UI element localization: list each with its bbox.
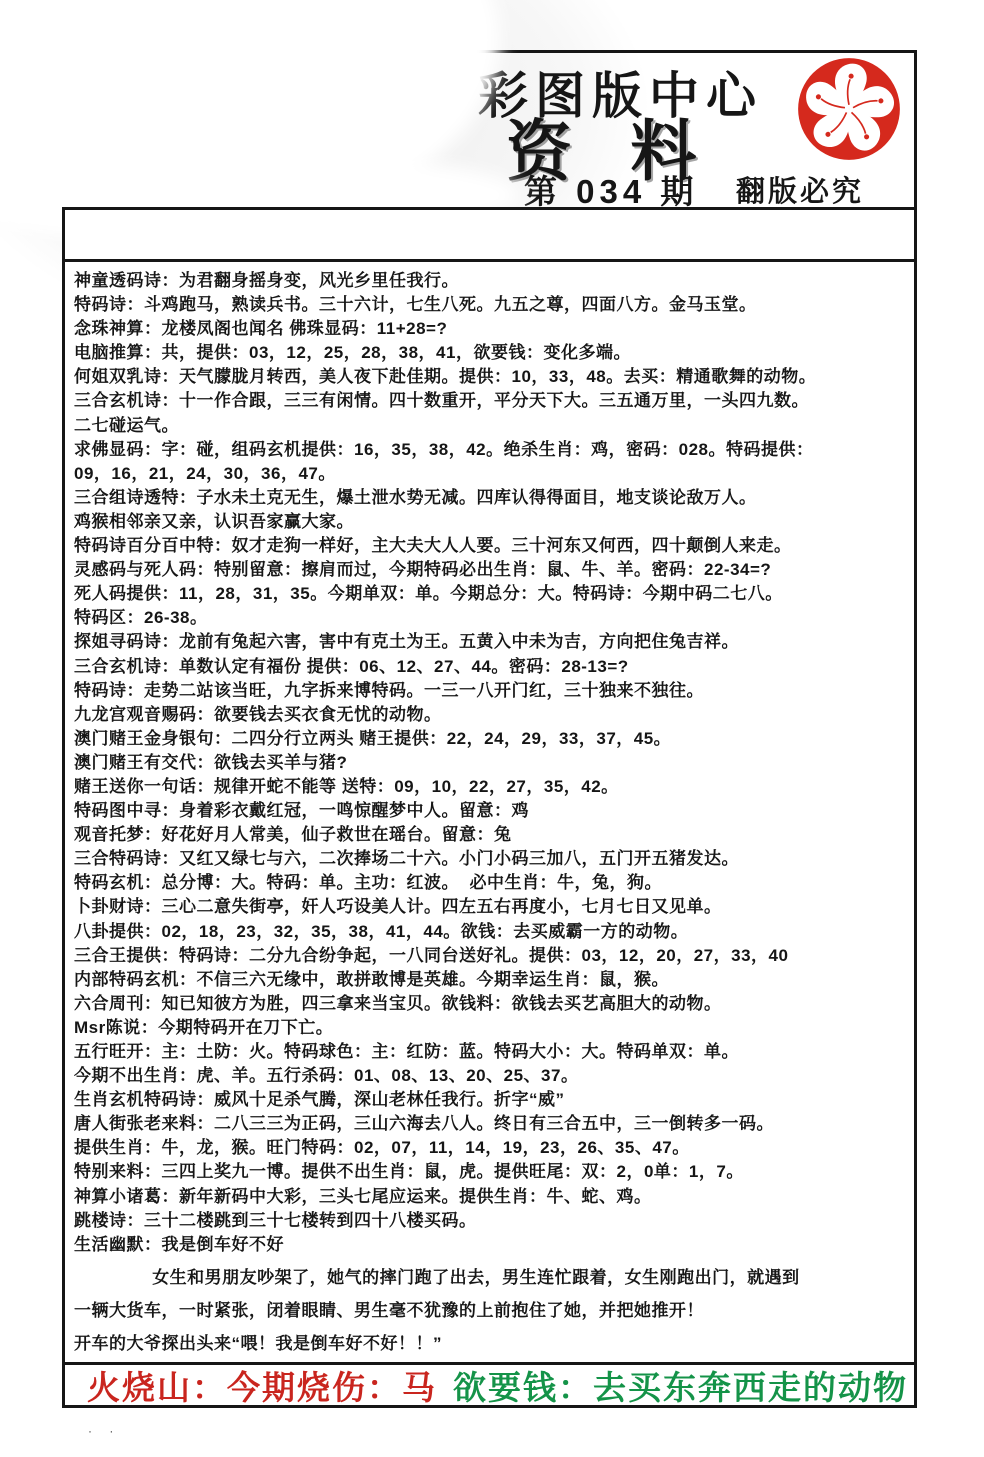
tip-line: 九龙宫观音赐码：欲要钱去买衣食无忧的动物。 <box>74 703 910 727</box>
tip-line: 三合玄机诗：单数认定有福份 提供：06、12、27、44。密码：28-13=? <box>74 655 910 679</box>
tips-text-block: 神童透码诗：为君翻身摇身变，风光乡里任我行。特码诗：斗鸡跑马，熟读兵书。三十六计… <box>65 262 914 1257</box>
tip-line: 跳楼诗：三十二楼跳到三十七楼转到四十八楼买码。 <box>74 1209 910 1233</box>
joke-line: 女生和男朋友吵架了，她气的摔门跑了出去，男生连忙跟着，女生刚跑出门，就遇到 <box>74 1261 910 1294</box>
joke-line: 开车的大爷探出头来“喂！我是倒车好不好！！” <box>74 1327 910 1360</box>
scan-dots-artifact: · · <box>88 1424 120 1438</box>
tip-line: 求佛显码：字：碰，组码玄机提供：16，35，38，42。绝杀生肖：鸡，密码：02… <box>74 438 910 462</box>
tip-line: 生活幽默：我是倒车好不好 <box>74 1233 910 1257</box>
tip-line: 特码诗：斗鸡跑马，熟读兵书。三十六计，七生八死。九五之尊，四面八方。金马玉堂。 <box>74 293 910 317</box>
tip-line: 念珠神算：龙楼凤阁也闻名 佛珠显码：11+28=? <box>74 317 910 341</box>
tip-line: 三合特码诗：又红又绿七与六，二次捧场二十六。小门小码三加八，五门开五猪发达。 <box>74 847 910 871</box>
bottom-highlight-strip: 火烧山：今期烧伤：马 欲要钱：去买东奔西走的动物 <box>65 1362 914 1405</box>
joke-line: 一辆大货车，一时紧张，闭着眼睛、男生毫不犹豫的上前抱住了她，并把她推开！ <box>74 1294 910 1327</box>
tip-line: 特码诗百分百中特：奴才走狗一样好，主大夫大人人要。三十河东又何西，四十颠倒人来走… <box>74 534 910 558</box>
tip-line: 唐人街张老来料：二八三三为正码，三山六海去八人。终日有三合五中，三一倒转多一码。 <box>74 1112 910 1136</box>
tip-line: 观音托梦：好花好月人常美，仙子救世在瑶台。留意：兔 <box>74 823 910 847</box>
content-frame: 神童透码诗：为君翻身摇身变，风光乡里任我行。特码诗：斗鸡跑马，熟读兵书。三十六计… <box>62 207 917 1408</box>
tip-line: 澳门赌王金身银句：二四分行立两头 赌王提供：22，24，29，33，37，45。 <box>74 727 910 751</box>
tip-line: 神算小诸葛：新年新码中大彩，三头七尾应运来。提供生肖：牛、蛇、鸡。 <box>74 1185 910 1209</box>
tip-line: 死人码提供：11，28，31，35。今期单双：单。今期总分：大。特码诗：今期中码… <box>74 582 910 606</box>
tip-line: 赌王送你一句话：规律开蛇不能等 送特：09，10，22，27，35，42。 <box>74 775 910 799</box>
tip-line: 八卦提供：02，18，23，32，35，38，41，44。欲钱：去买威霸一方的动… <box>74 920 910 944</box>
tip-line: 提供生肖：牛，龙，猴。旺门特码：02，07，11，14，19，23，26、35、… <box>74 1136 910 1160</box>
tip-line: 澳门赌王有交代：欲钱去买羊与猪? <box>74 751 910 775</box>
tip-line: 三合王提供：特码诗：二分九合纷争起，一八同台送好礼。提供：03，12，20，27… <box>74 944 910 968</box>
tip-line: 内部特码玄机：不信三六无缘中，敢拼敢博是英雄。今期幸运生肖：鼠，猴。 <box>74 968 910 992</box>
issue-number: 第 034 期 <box>524 166 698 213</box>
joke-paragraph: 女生和男朋友吵架了，她气的摔门跑了出去，男生连忙跟着，女生刚跑出门，就遇到一辆大… <box>65 1257 914 1360</box>
tip-line: 电脑推算：共，提供：03，12，25，28，38，41，欲要钱：变化多端。 <box>74 341 910 365</box>
green-tip-text: 欲要钱：去买东奔西走的动物 <box>453 1362 908 1405</box>
tip-line: 特码玄机：总分博：大。特码：单。主功：红波。 必中生肖：牛，兔，狗。 <box>74 871 910 895</box>
copyright-notice: 翻版必究 <box>736 169 864 210</box>
hk-bauhinia-flower-icon <box>796 56 902 162</box>
tip-line: 何姐双乳诗：天气朦胧月转西，美人夜下赴佳期。提供：10，33，48。去买：精通歌… <box>74 365 910 389</box>
tip-line: 五行旺开：主：土防：火。特码球色：主：红防：蓝。特码大小：大。特码单双：单。 <box>74 1040 910 1064</box>
tip-line: 三合玄机诗：十一作合跟，三三有闲情。四十数重开，平分天下大。三五通万里，一头四九… <box>74 389 910 413</box>
tip-line: 鸡猴相邻亲又亲，认识吾家赢大家。 <box>74 510 910 534</box>
tip-line: 特码区：26-38。 <box>74 606 910 630</box>
tip-line: 今期不出生肖：虎、羊。五行杀码：01、08、13、20、25、37。 <box>74 1064 910 1088</box>
tip-line: 神童透码诗：为君翻身摇身变，风光乡里任我行。 <box>74 269 910 293</box>
tip-line: 特码诗：走势二站该当旺，九字拆来博特码。一三一八开门红，三十独来不独往。 <box>74 679 910 703</box>
scanned-lottery-sheet: 彩图版中心 资 料 第 034 期 翻版必究 神童透码诗：为君翻身摇身变，风光乡… <box>0 0 984 1457</box>
tip-line: 探姐寻码诗：龙前有兔起六害，害中有克土为王。五黄入中未为吉，方向把住兔吉祥。 <box>74 630 910 654</box>
tip-line: 生肖玄机特码诗：威风十足杀气腾，深山老林任我行。折字“威” <box>74 1088 910 1112</box>
red-tip-text: 火烧山：今期烧伤：马 <box>87 1362 437 1405</box>
empty-header-strip <box>65 210 914 262</box>
tip-line: 六合周刊：知已知彼方为胜，四三拿来当宝贝。欲钱料：欲钱去买艺高胆大的动物。 <box>74 992 910 1016</box>
tip-line: 特码图中寻：身着彩衣戴红冠，一鸣惊醒梦中人。留意：鸡 <box>74 799 910 823</box>
tip-line: Msr陈说：今期特码开在刀下亡。 <box>74 1016 910 1040</box>
tip-line: 灵感码与死人码：特别留意：擦肩而过，今期特码必出生肖：鼠、牛、羊。密码：22-3… <box>74 558 910 582</box>
tip-line: 09，16，21，24，30，36，47。 <box>74 462 910 486</box>
tip-line: 特别来料：三四上奖九一博。提供不出生肖：鼠，虎。提供旺尾：双：2，0单：1，7。 <box>74 1160 910 1184</box>
tip-line: 二七碰运气。 <box>74 414 910 438</box>
tip-line: 卜卦财诗：三心二意失街亭，奸人巧设美人计。四左五右再度小，七月七日又见单。 <box>74 895 910 919</box>
tip-line: 三合组诗透特：子水未土克无生，爆土泄水势无减。四库认得得面目，地支谈论敌万人。 <box>74 486 910 510</box>
